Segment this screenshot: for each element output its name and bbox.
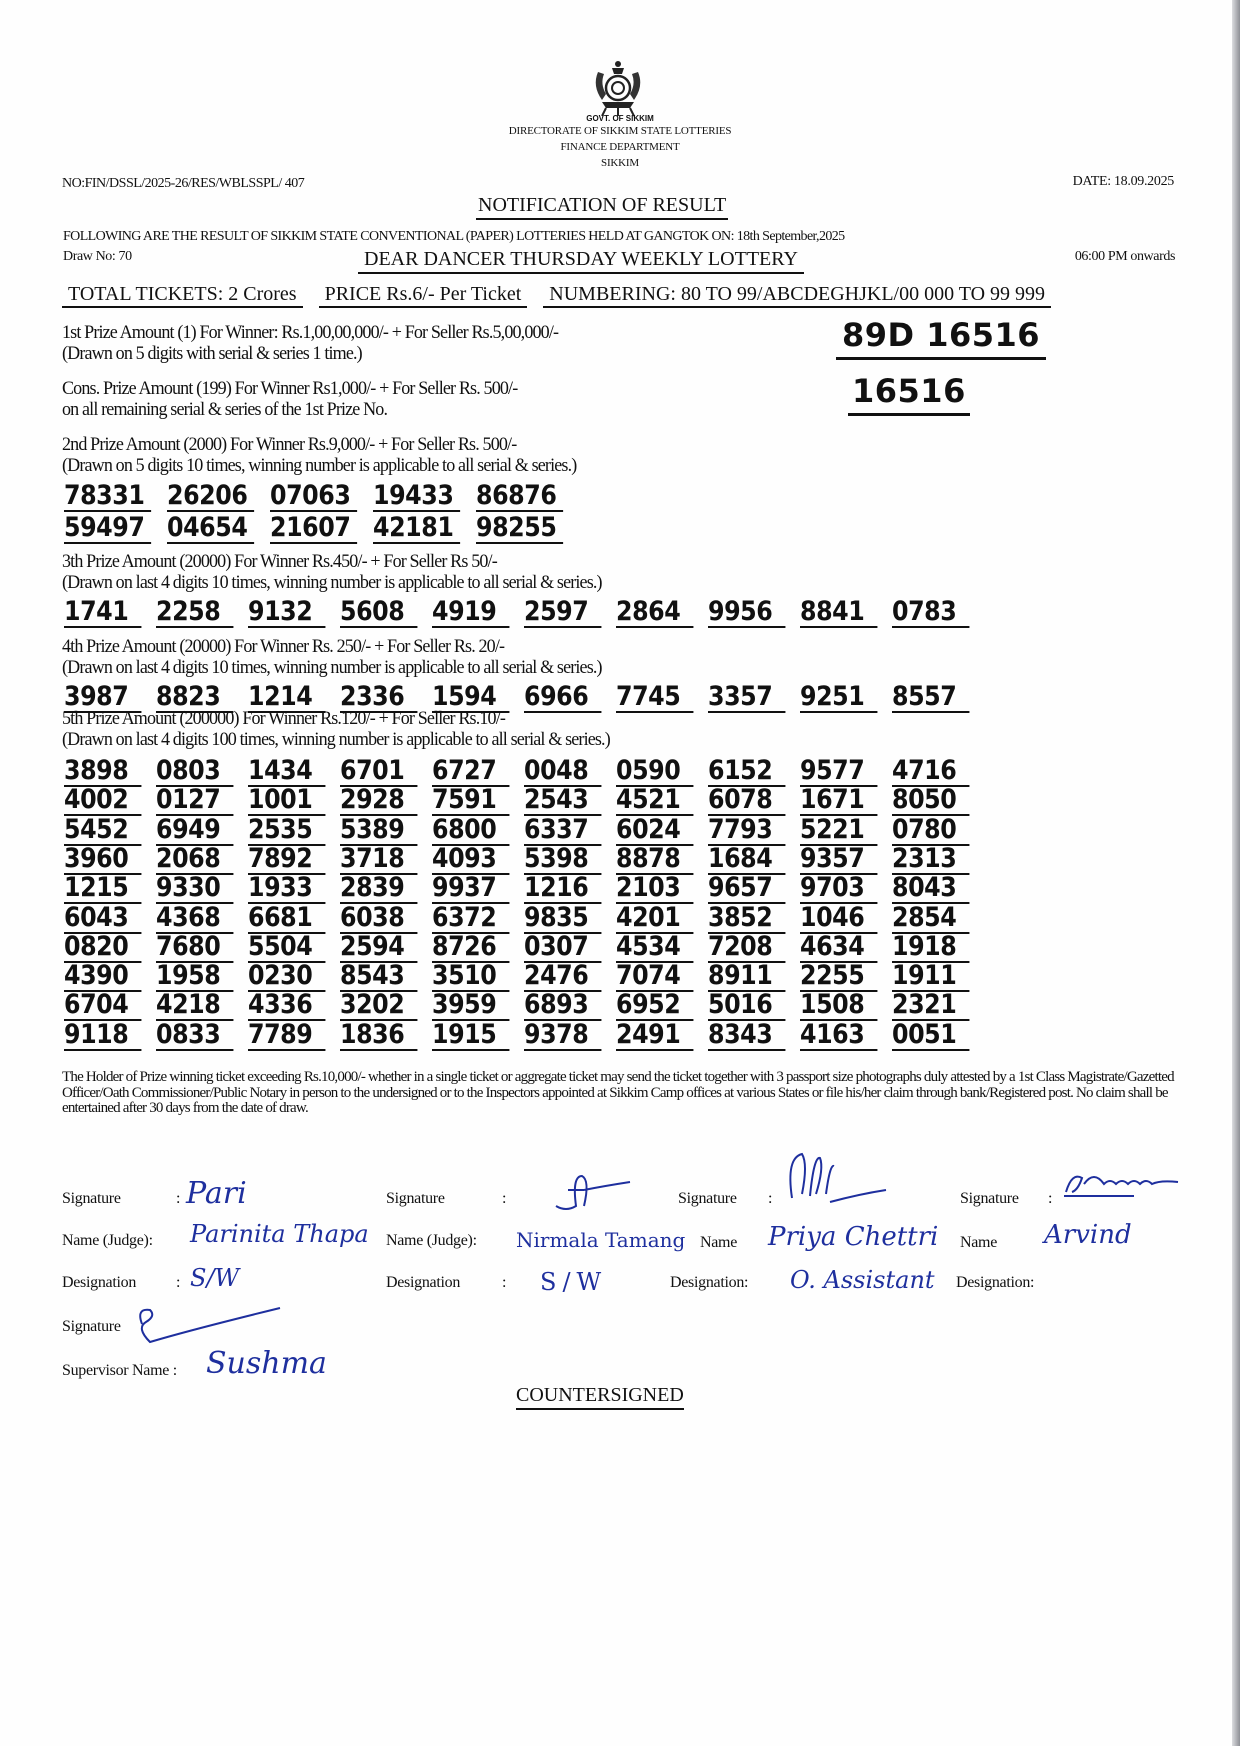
sig4-signature-icon (1060, 1164, 1200, 1204)
sig4-label: Signature (960, 1190, 1019, 1208)
winning-number: 9956 (708, 598, 785, 628)
winning-number: 2928 (340, 786, 417, 816)
winning-number: 3852 (708, 904, 785, 934)
intro-text: FOLLOWING ARE THE RESULT OF SIKKIM STATE… (63, 229, 845, 245)
sig1-designation-label: Designation (62, 1274, 136, 1292)
sig2-label: Signature (386, 1190, 445, 1208)
winning-number: 26206 (167, 482, 254, 512)
sig2-colon: : (502, 1190, 506, 1208)
winning-number: 1684 (708, 845, 785, 875)
first-prize-line2: (Drawn on 5 digits with serial & series … (62, 343, 558, 364)
winning-number: 1741 (64, 598, 141, 628)
draw-time: 06:00 PM onwards (1075, 249, 1175, 265)
sig1-designation: S/W (190, 1264, 239, 1292)
winning-number-row: 3960206878923718409353988878168493572313 (64, 845, 980, 875)
winning-number: 2491 (616, 1021, 693, 1051)
sig2-desig-colon: : (502, 1274, 506, 1292)
sig1-label: Signature (62, 1190, 121, 1208)
winning-number: 07063 (270, 482, 357, 512)
department-name: FINANCE DEPARTMENT (0, 140, 1240, 155)
winning-number: 6681 (248, 904, 325, 934)
fifth-prize-description: 5th Prize Amount (200000) For Winner Rs.… (62, 708, 610, 750)
winning-number: 2535 (248, 816, 325, 846)
winning-number: 8726 (432, 933, 509, 963)
sig4-designation-label: Designation: (956, 1274, 1034, 1292)
winning-number-row: 0820768055042594872603074534720846341918 (64, 933, 980, 963)
sig4-name-label: Name (960, 1234, 997, 1252)
winning-number: 6704 (64, 991, 141, 1021)
winning-number: 2103 (616, 874, 693, 904)
sig4-name: Arvind (1044, 1220, 1132, 1250)
winning-number: 59497 (64, 514, 151, 544)
fifth-prize-line2: (Drawn on last 4 digits 100 times, winni… (62, 729, 610, 750)
total-tickets: TOTAL TICKETS: 2 Crores (62, 283, 303, 308)
winning-number: 8841 (800, 598, 877, 628)
winning-number: 1046 (800, 904, 877, 934)
document-date: DATE: 18.09.2025 (1073, 174, 1174, 190)
sig2-designation: S/W (540, 1268, 607, 1296)
winning-number: 8543 (340, 962, 417, 992)
second-prize-line1: 2nd Prize Amount (2000) For Winner Rs.9,… (62, 434, 576, 455)
winning-number: 4002 (64, 786, 141, 816)
state-name: SIKKIM (0, 156, 1240, 171)
winning-number: 7680 (156, 933, 233, 963)
winning-number: 5504 (248, 933, 325, 963)
winning-number-row: 4002012710012928759125434521607816718050 (64, 786, 980, 816)
sig3-name: Priya Chettri (768, 1222, 938, 1252)
winning-number: 0833 (156, 1021, 233, 1051)
winning-number-row: 6704421843363202395968936952501615082321 (64, 991, 980, 1021)
sig2-designation-label: Designation (386, 1274, 460, 1292)
winning-number: 9577 (800, 757, 877, 787)
winning-number: 5608 (340, 598, 417, 628)
winning-number: 8911 (708, 962, 785, 992)
winning-number: 2321 (892, 991, 969, 1021)
sig3-name-label: Name (700, 1234, 737, 1252)
winning-number: 2594 (340, 933, 417, 963)
winning-number: 2543 (524, 786, 601, 816)
sig3-designation-label: Designation: (670, 1274, 748, 1292)
winning-number: 04654 (167, 514, 254, 544)
sig1-signature: Pari (186, 1176, 247, 1211)
winning-number: 4201 (616, 904, 693, 934)
winning-number: 0780 (892, 816, 969, 846)
second-prize-line2: (Drawn on 5 digits 10 times, winning num… (62, 455, 576, 476)
first-prize-line1: 1st Prize Amount (1) For Winner: Rs.1,00… (62, 322, 558, 343)
winning-number: 5221 (800, 816, 877, 846)
winning-number: 3898 (64, 757, 141, 787)
winning-number-row: 6043436866816038637298354201385210462854 (64, 904, 980, 934)
sig3-colon: : (768, 1190, 772, 1208)
winning-number: 4534 (616, 933, 693, 963)
fourth-prize-description: 4th Prize Amount (20000) For Winner Rs. … (62, 636, 602, 678)
winning-number: 5398 (524, 845, 601, 875)
winning-number: 4634 (800, 933, 877, 963)
winning-number: 3510 (432, 962, 509, 992)
first-prize-description: 1st Prize Amount (1) For Winner: Rs.1,00… (62, 322, 558, 364)
draw-number: Draw No: 70 (63, 249, 132, 265)
winning-number: 0307 (524, 933, 601, 963)
consolation-prize-description: Cons. Prize Amount (199) For Winner Rs1,… (62, 378, 517, 420)
lottery-name: DEAR DANCER THURSDAY WEEKLY LOTTERY (358, 248, 804, 274)
first-prize-number: 89D 16516 (836, 316, 1046, 360)
winning-number: 0048 (524, 757, 601, 787)
govt-of-sikkim-label: GOVT. OF SIKKIM (0, 114, 1240, 123)
winning-number: 3960 (64, 845, 141, 875)
sikkim-emblem-icon (588, 58, 648, 120)
winning-number: 4390 (64, 962, 141, 992)
third-prize-line2: (Drawn on last 4 digits 10 times, winnin… (62, 572, 602, 593)
winning-number-row: 4390195802308543351024767074891122551911 (64, 962, 980, 992)
winning-number: 4521 (616, 786, 693, 816)
supervisor-name: Sushma (206, 1346, 327, 1381)
winning-number: 2839 (340, 874, 417, 904)
winning-number: 9357 (800, 845, 877, 875)
winning-number: 3718 (340, 845, 417, 875)
fourth-prize-line2: (Drawn on last 4 digits 10 times, winnin… (62, 657, 602, 678)
winning-number: 6372 (432, 904, 509, 934)
winning-number: 7591 (432, 786, 509, 816)
winning-number: 7793 (708, 816, 785, 846)
directorate-name: DIRECTORATE OF SIKKIM STATE LOTTERIES (0, 124, 1240, 139)
winning-number-row: 9118083377891836191593782491834341630051 (64, 1021, 980, 1051)
winning-number: 4218 (156, 991, 233, 1021)
winning-number: 6152 (708, 757, 785, 787)
winning-number: 8878 (616, 845, 693, 875)
winning-number: 9251 (800, 683, 877, 713)
consolation-prize-line1: Cons. Prize Amount (199) For Winner Rs1,… (62, 378, 517, 399)
winning-number: 1215 (64, 874, 141, 904)
ticket-price: PRICE Rs.6/- Per Ticket (319, 283, 528, 308)
fifth-prize-line1: 5th Prize Amount (200000) For Winner Rs.… (62, 708, 610, 729)
sig1-name: Parinita Thapa (190, 1220, 369, 1248)
govt-label: GOVT. OF SIKKIM (0, 114, 1240, 123)
scan-edge (1232, 0, 1240, 1746)
winning-number: 7074 (616, 962, 693, 992)
winning-number: 2258 (156, 598, 233, 628)
winning-number: 9937 (432, 874, 509, 904)
sig1-colon: : (176, 1190, 180, 1208)
winning-number: 8557 (892, 683, 969, 713)
winning-number: 1933 (248, 874, 325, 904)
third-prize-line1: 3th Prize Amount (20000) For Winner Rs.4… (62, 551, 602, 572)
ticket-numbering: NUMBERING: 80 TO 99/ABCDEGHJKL/00 000 TO… (543, 283, 1051, 308)
winning-number: 1918 (892, 933, 969, 963)
winning-number: 0820 (64, 933, 141, 963)
winning-number: 6949 (156, 816, 233, 846)
winning-number: 1911 (892, 962, 969, 992)
winning-number: 9118 (64, 1021, 141, 1051)
countersigned-label: COUNTERSIGNED (516, 1384, 684, 1410)
winning-number: 5389 (340, 816, 417, 846)
winning-number: 0127 (156, 786, 233, 816)
winning-number: 9132 (248, 598, 325, 628)
winning-number: 6800 (432, 816, 509, 846)
winning-number: 6078 (708, 786, 785, 816)
winning-number: 4919 (432, 598, 509, 628)
winning-number-row: 3898080314346701672700480590615295774716 (64, 757, 980, 787)
sig3-designation: O. Assistant (790, 1266, 935, 1294)
winning-number: 1508 (800, 991, 877, 1021)
winning-number: 7892 (248, 845, 325, 875)
winning-number-row: 1741225891325608491925972864995688410783 (64, 598, 980, 628)
consolation-prize-number: 16516 (848, 372, 970, 416)
winning-number: 6727 (432, 757, 509, 787)
winning-number: 1001 (248, 786, 325, 816)
winning-number: 86876 (476, 482, 563, 512)
ticket-info-row: TOTAL TICKETS: 2 Crores PRICE Rs.6/- Per… (62, 283, 1051, 308)
winning-number: 9330 (156, 874, 233, 904)
winning-number: 2068 (156, 845, 233, 875)
winning-number: 19433 (373, 482, 460, 512)
sig2-signature-icon (548, 1170, 638, 1214)
sig2-name: Nirmala Tamang (516, 1228, 685, 1252)
winning-number: 1915 (432, 1021, 509, 1051)
winning-number: 1671 (800, 786, 877, 816)
winning-number: 3357 (708, 683, 785, 713)
winning-number: 4368 (156, 904, 233, 934)
winning-number: 2854 (892, 904, 969, 934)
winning-number: 0783 (892, 598, 969, 628)
sig4-colon: : (1048, 1190, 1052, 1208)
winning-number: 7789 (248, 1021, 325, 1051)
winning-number: 0803 (156, 757, 233, 787)
winning-number-row: 5949704654216074218198255 (64, 514, 575, 544)
winning-number: 2864 (616, 598, 693, 628)
winning-number: 6952 (616, 991, 693, 1021)
sig1-name-label: Name (Judge): (62, 1232, 153, 1250)
winning-number: 6337 (524, 816, 601, 846)
winning-number: 0051 (892, 1021, 969, 1051)
winning-number: 9657 (708, 874, 785, 904)
winning-number: 98255 (476, 514, 563, 544)
supervisor-signature-icon (132, 1304, 292, 1348)
winning-number: 9703 (800, 874, 877, 904)
winning-number: 8043 (892, 874, 969, 904)
winning-number: 7745 (616, 683, 693, 713)
winning-number: 3959 (432, 991, 509, 1021)
winning-number: 7208 (708, 933, 785, 963)
winning-number: 6893 (524, 991, 601, 1021)
winning-number: 8343 (708, 1021, 785, 1051)
winning-number: 8050 (892, 786, 969, 816)
reference-number: NO:FIN/DSSL/2025-26/RES/WBLSSPL/ 407 (62, 176, 304, 192)
winning-number: 5452 (64, 816, 141, 846)
winning-number-row: 5452694925355389680063376024779352210780 (64, 816, 980, 846)
fourth-prize-line1: 4th Prize Amount (20000) For Winner Rs. … (62, 636, 602, 657)
winning-number: 42181 (373, 514, 460, 544)
winning-number: 1836 (340, 1021, 417, 1051)
third-prize-description: 3th Prize Amount (20000) For Winner Rs.4… (62, 551, 602, 593)
winning-number: 3202 (340, 991, 417, 1021)
winning-number: 2597 (524, 598, 601, 628)
sig2-name-label: Name (Judge): (386, 1232, 477, 1250)
winning-number: 0230 (248, 962, 325, 992)
consolation-prize-line2: on all remaining serial & series of the … (62, 399, 517, 420)
sig3-signature-icon (780, 1148, 890, 1218)
winning-number: 2255 (800, 962, 877, 992)
winning-number: 4163 (800, 1021, 877, 1051)
winning-number: 2476 (524, 962, 601, 992)
winning-number: 21607 (270, 514, 357, 544)
winning-number: 1958 (156, 962, 233, 992)
winning-number: 0590 (616, 757, 693, 787)
winning-number-row: 7833126206070631943386876 (64, 482, 575, 512)
claim-notice: The Holder of Prize winning ticket excee… (62, 1070, 1182, 1117)
supervisor-name-label: Supervisor Name : (62, 1362, 177, 1380)
winning-number: 1434 (248, 757, 325, 787)
winning-number: 6701 (340, 757, 417, 787)
winning-number: 6038 (340, 904, 417, 934)
winning-number-row: 1215933019332839993712162103965797038043 (64, 874, 980, 904)
winning-number: 5016 (708, 991, 785, 1021)
winning-number: 4093 (432, 845, 509, 875)
winning-number: 1216 (524, 874, 601, 904)
winning-number: 4336 (248, 991, 325, 1021)
sig3-label: Signature (678, 1190, 737, 1208)
winning-number: 6024 (616, 816, 693, 846)
winning-number: 4716 (892, 757, 969, 787)
second-prize-description: 2nd Prize Amount (2000) For Winner Rs.9,… (62, 434, 576, 476)
winning-number: 9378 (524, 1021, 601, 1051)
winning-number: 2313 (892, 845, 969, 875)
winning-number: 9835 (524, 904, 601, 934)
page-title: NOTIFICATION OF RESULT (476, 194, 728, 220)
winning-number: 78331 (64, 482, 151, 512)
supervisor-sig-label: Signature (62, 1318, 121, 1336)
sig1-desig-colon: : (176, 1274, 180, 1292)
winning-number: 6043 (64, 904, 141, 934)
